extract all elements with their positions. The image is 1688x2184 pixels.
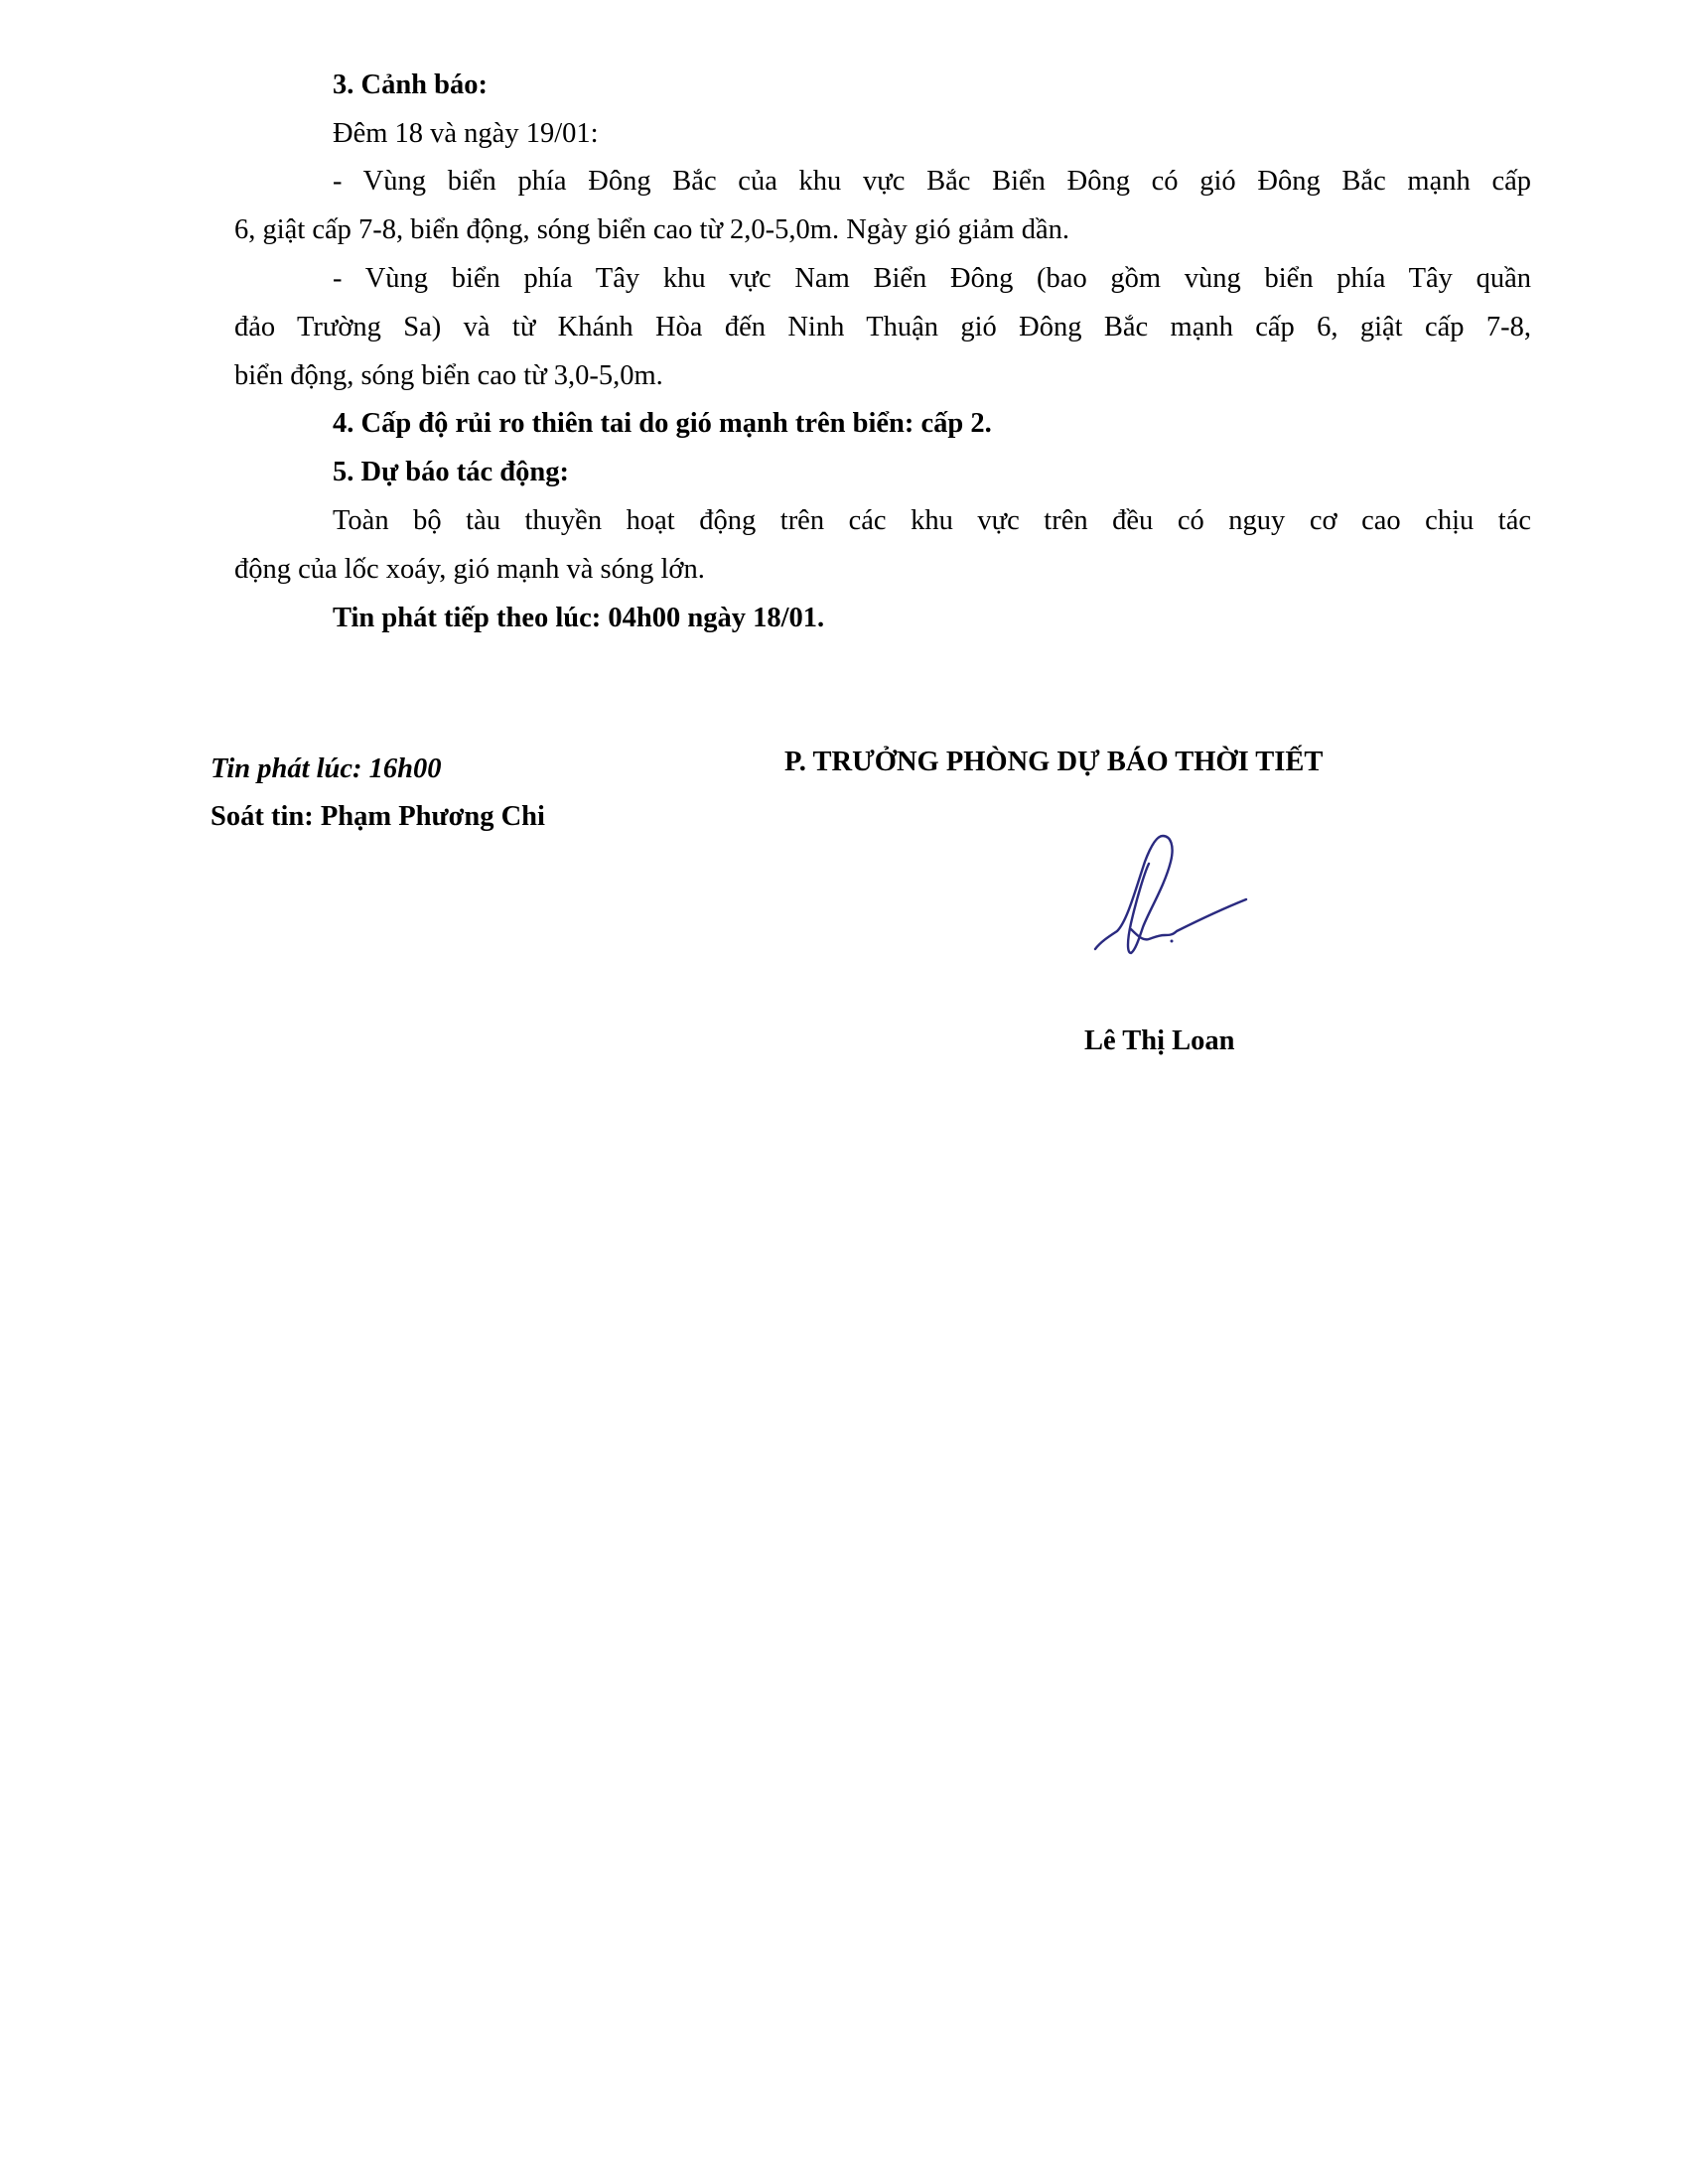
impact-forecast-line-2: động của lốc xoáy, gió mạnh và sóng lớn.	[234, 553, 705, 587]
section-4-risk-level: 4. Cấp độ rủi ro thiên tai do gió mạnh t…	[333, 407, 992, 441]
issued-at: Tin phát lúc: 16h00	[211, 752, 442, 786]
warning-item-2-line-1: - Vùng biển phía Tây khu vực Nam Biển Đô…	[333, 262, 1531, 296]
section-3-heading: 3. Cảnh báo:	[333, 68, 488, 102]
warning-item-2-line-3: biển động, sóng biển cao từ 3,0-5,0m.	[234, 359, 663, 393]
warning-item-1-line-2: 6, giật cấp 7-8, biển động, sóng biển ca…	[234, 213, 1069, 247]
reviewed-by: Soát tin: Phạm Phương Chi	[211, 800, 545, 834]
signer-name: Lê Thị Loan	[1084, 1024, 1235, 1058]
warning-item-2-line-2: đảo Trường Sa) và từ Khánh Hòa đến Ninh …	[234, 311, 1531, 344]
impact-forecast-line-1: Toàn bộ tàu thuyền hoạt động trên các kh…	[333, 504, 1531, 538]
section-5-heading: 5. Dự báo tác động:	[333, 456, 569, 489]
signature-icon	[1087, 832, 1256, 961]
signer-title: P. TRƯỞNG PHÒNG DỰ BÁO THỜI TIẾT	[784, 746, 1323, 779]
warning-item-1-line-1: - Vùng biển phía Đông Bắc của khu vực Bắ…	[333, 165, 1531, 199]
warning-period: Đêm 18 và ngày 19/01:	[333, 117, 599, 151]
next-bulletin-time: Tin phát tiếp theo lúc: 04h00 ngày 18/01…	[333, 602, 824, 635]
